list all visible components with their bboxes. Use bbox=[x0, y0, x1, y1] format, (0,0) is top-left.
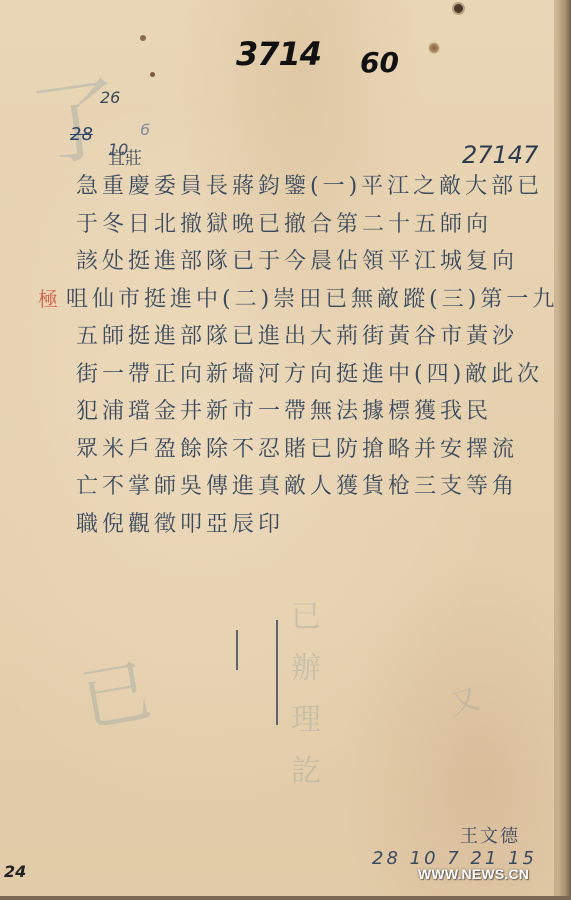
document-page: 了 已 已 辦 理 訖 又 3714 60 26 28 10 6 宜莊 2714… bbox=[0, 0, 571, 900]
body-line-text: 于冬日北撤獄晚已撤合第二十五師向 bbox=[76, 212, 492, 237]
pencil-annotation: 26 bbox=[100, 88, 120, 107]
ink-stain bbox=[428, 42, 440, 54]
dust-spot bbox=[150, 72, 155, 77]
archive-number-primary: 3714 bbox=[236, 35, 321, 73]
red-margin-note: 極 bbox=[38, 287, 62, 311]
body-line-text: 眾米戶盈餘除不忍賭已防搶略并安擇流 bbox=[76, 437, 518, 462]
body-line: 街一帶正向新墻河方向挺進中(四)敵此次 bbox=[76, 356, 546, 394]
faded-stamp-text: 已 辦 理 訖 bbox=[280, 600, 324, 791]
body-line-text: 急重慶委員長蔣鈞鑒(一)平江之敵大部已 bbox=[76, 174, 543, 199]
body-line-text: 五師挺進部隊已進出大荊街黃谷市黃沙 bbox=[76, 324, 518, 349]
pen-stroke bbox=[236, 630, 238, 670]
binding-shadow bbox=[554, 0, 557, 900]
page-number: 24 bbox=[4, 862, 26, 881]
news-watermark: WWW.NEWS.CN bbox=[418, 866, 529, 882]
archive-number-secondary: 60 bbox=[360, 46, 399, 79]
pen-stroke bbox=[276, 620, 278, 725]
telegram-body: 急重慶委員長蔣鈞鑒(一)平江之敵大部已 于冬日北撤獄晚已撤合第二十五師向 該处挺… bbox=[76, 168, 546, 543]
serial-number: 27147 bbox=[462, 141, 538, 169]
body-line-text: 犯浦璫金井新市一帶無法據標獲我民 bbox=[76, 399, 492, 424]
binding-hole-stain bbox=[452, 2, 465, 15]
body-line: 眾米戶盈餘除不忍賭已防搶略并安擇流 bbox=[76, 431, 546, 469]
body-line: 于冬日北撤獄晚已撤合第二十五師向 bbox=[76, 206, 546, 244]
faded-bleedthrough-mark: 又 bbox=[445, 677, 482, 723]
signature: 王文德 bbox=[460, 822, 520, 848]
body-line: 急重慶委員長蔣鈞鑒(一)平江之敵大部已 bbox=[76, 168, 546, 206]
date-annotation-faded: 6 bbox=[140, 120, 150, 139]
body-line: 亡不掌師吳傳進真敵人獲貨枪三支等角 bbox=[76, 468, 546, 506]
body-line-text: 街一帶正向新墻河方向挺進中(四)敵此次 bbox=[76, 362, 543, 387]
body-line: 該处挺進部隊已于今晨佔領平江城复向 bbox=[76, 243, 546, 281]
body-line: 職倪觀徵叩亞辰印 bbox=[76, 506, 546, 544]
struck-annotation: 28 bbox=[70, 124, 93, 145]
faded-bleedthrough-mark: 已 bbox=[72, 635, 158, 747]
body-line: 五師挺進部隊已進出大荊街黃谷市黃沙 bbox=[76, 318, 546, 356]
body-line-text: 亡不掌師吳傳進真敵人獲貨枪三支等角 bbox=[76, 474, 518, 499]
body-line-text: 咀仙市挺進中(二)崇田已無敵蹤(三)第一九 bbox=[66, 287, 558, 312]
body-line-text: 該处挺進部隊已于今晨佔領平江城复向 bbox=[76, 249, 518, 274]
dust-spot bbox=[140, 35, 146, 41]
page-bottom-edge bbox=[0, 896, 571, 900]
header-characters: 宜莊 bbox=[108, 144, 142, 169]
body-line: 犯浦璫金井新市一帶無法據標獲我民 bbox=[76, 393, 546, 431]
body-line-text: 職倪觀徵叩亞辰印 bbox=[76, 512, 284, 537]
body-line: 極咀仙市挺進中(二)崇田已無敵蹤(三)第一九 bbox=[38, 281, 546, 319]
book-binding-edge bbox=[557, 0, 571, 900]
